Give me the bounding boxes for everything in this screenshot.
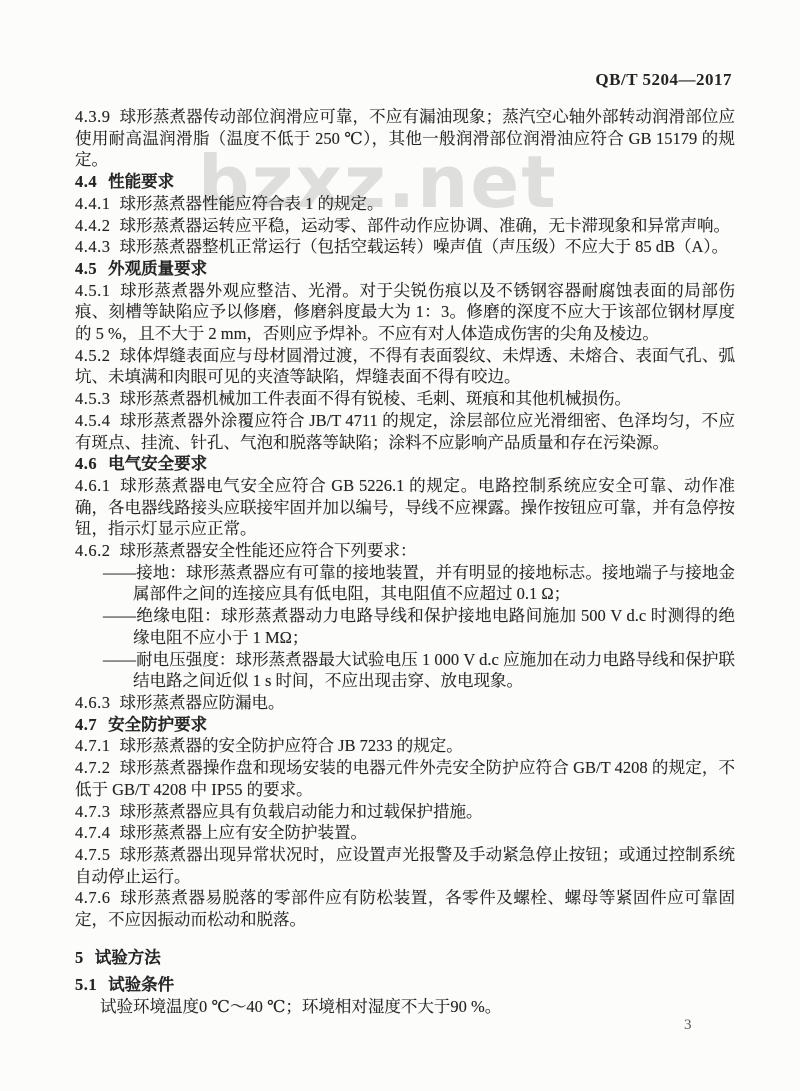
clause-number: 4.6.3 <box>75 693 111 712</box>
chapter-heading: 5试验方法 <box>75 947 735 969</box>
clause-paragraph: 4.7.6球形蒸煮器易脱落的零部件应有防松装置，各零件及螺栓、螺母等紧固件应可靠… <box>75 887 735 930</box>
clause-text: 球体焊缝表面应与母材圆滑过渡，不得有表面裂纹、未焊透、未熔合、表面气孔、弧坑、未… <box>75 346 735 387</box>
clause-paragraph: 4.7.4球形蒸煮器上应有安全防护装置。 <box>75 822 735 844</box>
clause-paragraph: 4.6.1球形蒸煮器电气安全应符合 GB 5226.1 的规定。电路控制系统应安… <box>75 475 735 540</box>
clause-number: 5.1 <box>75 975 97 994</box>
clause-number: 4.5.1 <box>75 281 111 300</box>
clause-paragraph: 4.4.2球形蒸煮器运转应平稳，运动零、部件动作应协调、准确，无卡滞现象和异常声… <box>75 215 735 237</box>
clause-number: 4.5.2 <box>75 346 111 365</box>
standard-number-header: QB/T 5204—2017 <box>595 70 732 90</box>
clause-paragraph: 4.3.9球形蒸煮器传动部位润滑应可靠，不应有漏油现象；蒸汽空心轴外部转动润滑部… <box>75 106 735 171</box>
clause-paragraph: 4.5.4球形蒸煮器外涂覆应符合 JB/T 4711 的规定，涂层部位应光滑细密… <box>75 410 735 453</box>
clause-paragraph: 4.4.1球形蒸煮器性能应符合表 1 的规定。 <box>75 193 735 215</box>
clause-paragraph: 4.4.3球形蒸煮器整机正常运行（包括空载运转）噪声值（声压级）不应大于 85 … <box>75 236 735 258</box>
clause-text: 电气安全要求 <box>108 454 207 473</box>
clause-paragraph: 4.6.2球形蒸煮器安全性能还应符合下列要求： <box>75 540 735 562</box>
clause-text: 试验条件 <box>108 975 174 994</box>
clause-text: 外观质量要求 <box>108 259 207 278</box>
clause-number: 4.4.3 <box>75 237 111 256</box>
clause-text: 球形蒸煮器安全性能还应符合下列要求： <box>120 541 417 560</box>
clause-number: 4.4 <box>75 172 97 191</box>
clause-number: 4.3.9 <box>75 107 111 126</box>
clause-text: 球形蒸煮器出现异常状况时，应设置声光报警及手动紧急停止按钮；或通过控制系统自动停… <box>75 845 735 886</box>
list-item: ——接地：球形蒸煮器应有可靠的接地装置，并有明显的接地标志。接地端子与接地金属部… <box>103 562 735 605</box>
clause-number: 4.7.4 <box>75 823 111 842</box>
clause-paragraph: 4.5.3球形蒸煮器机械加工件表面不得有锐棱、毛刺、斑痕和其他机械损伤。 <box>75 388 735 410</box>
clause-paragraph: 4.7.1球形蒸煮器的安全防护应符合 JB 7233 的规定。 <box>75 735 735 757</box>
clause-paragraph: 4.5.1球形蒸煮器外观应整洁、光滑。对于尖锐伤痕以及不锈钢容器耐腐蚀表面的局部… <box>75 280 735 345</box>
clause-number: 4.7.1 <box>75 736 111 755</box>
clause-number: 4.7 <box>75 715 97 734</box>
clause-paragraph: 4.6.3球形蒸煮器应防漏电。 <box>75 692 735 714</box>
clause-number: 4.7.3 <box>75 802 111 821</box>
list-item: ——耐电压强度：球形蒸煮器最大试验电压 1 000 V d.c 应施加在动力电路… <box>103 649 735 692</box>
clause-number: 4.6.1 <box>75 476 111 495</box>
clause-paragraph: 4.7.3球形蒸煮器应具有负载启动能力和过载保护措施。 <box>75 801 735 823</box>
clause-text: 性能要求 <box>108 172 174 191</box>
clause-text: 球形蒸煮器应具有负载启动能力和过载保护措施。 <box>120 802 483 821</box>
section-heading: 5.1试验条件 <box>75 974 735 996</box>
clause-text: ——接地：球形蒸煮器应有可靠的接地装置，并有明显的接地标志。接地端子与接地金属部… <box>103 563 735 604</box>
clause-paragraph: 4.7.5球形蒸煮器出现异常状况时，应设置声光报警及手动紧急停止按钮；或通过控制… <box>75 844 735 887</box>
clause-text: ——耐电压强度：球形蒸煮器最大试验电压 1 000 V d.c 应施加在动力电路… <box>103 650 735 691</box>
clause-text: 球形蒸煮器应防漏电。 <box>120 693 285 712</box>
clause-text: 球形蒸煮器机械加工件表面不得有锐棱、毛刺、斑痕和其他机械损伤。 <box>120 389 632 408</box>
clause-number: 4.5.3 <box>75 389 111 408</box>
clause-number: 4.5 <box>75 259 97 278</box>
clause-text: 球形蒸煮器性能应符合表 1 的规定。 <box>120 194 384 213</box>
clause-number: 4.7.6 <box>75 888 111 907</box>
section-heading: 4.6电气安全要求 <box>75 453 735 475</box>
clause-text: 球形蒸煮器运转应平稳，运动零、部件动作应协调、准确，无卡滞现象和异常声响。 <box>120 216 731 235</box>
clause-text: 球形蒸煮器的安全防护应符合 JB 7233 的规定。 <box>120 736 463 755</box>
clause-text: 球形蒸煮器传动部位润滑应可靠，不应有漏油现象；蒸汽空心轴外部转动润滑部位应使用耐… <box>75 107 735 169</box>
clause-paragraph: 4.7.2球形蒸煮器操作盘和现场安装的电器元件外壳安全防护应符合 GB/T 42… <box>75 757 735 800</box>
section-heading: 4.4性能要求 <box>75 171 735 193</box>
clause-paragraph: 4.5.2球体焊缝表面应与母材圆滑过渡，不得有表面裂纹、未焊透、未熔合、表面气孔… <box>75 345 735 388</box>
clause-number: 4.4.1 <box>75 194 111 213</box>
clause-text: 球形蒸煮器整机正常运行（包括空载运转）噪声值（声压级）不应大于 85 dB（A）… <box>120 237 729 256</box>
clause-number: 4.7.2 <box>75 758 111 777</box>
clause-text: 球形蒸煮器上应有安全防护装置。 <box>120 823 368 842</box>
clause-text: 球形蒸煮器易脱落的零部件应有防松装置，各零件及螺栓、螺母等紧固件应可靠固定，不应… <box>75 888 735 929</box>
clause-number: 4.5.4 <box>75 411 111 430</box>
clause-number: 4.7.5 <box>75 845 111 864</box>
section-heading: 4.5外观质量要求 <box>75 258 735 280</box>
body-paragraph: 试验环境温度0 ℃～40 ℃；环境相对湿度不大于90 %。 <box>75 996 735 1018</box>
clause-number: 4.6 <box>75 454 97 473</box>
clause-text: 球形蒸煮器外观应整洁、光滑。对于尖锐伤痕以及不锈钢容器耐腐蚀表面的局部伤痕、刻槽… <box>75 281 735 343</box>
clause-text: 试验环境温度0 ℃～40 ℃；环境相对湿度不大于90 %。 <box>100 997 501 1016</box>
document-body: 4.3.9球形蒸煮器传动部位润滑应可靠，不应有漏油现象；蒸汽空心轴外部转动润滑部… <box>75 106 735 1018</box>
clause-number: 5 <box>75 948 84 967</box>
clause-text: 球形蒸煮器外涂覆应符合 JB/T 4711 的规定，涂层部位应光滑细密、色泽均匀… <box>75 411 735 452</box>
page-number: 3 <box>684 1017 692 1034</box>
clause-text: 安全防护要求 <box>108 715 207 734</box>
list-item: ——绝缘电阻：球形蒸煮器动力电路导线和保护接地电路间施加 500 V d.c 时… <box>103 605 735 648</box>
clause-number: 4.4.2 <box>75 216 111 235</box>
clause-text: ——绝缘电阻：球形蒸煮器动力电路导线和保护接地电路间施加 500 V d.c 时… <box>103 606 735 647</box>
clause-number: 4.6.2 <box>75 541 111 560</box>
clause-text: 球形蒸煮器操作盘和现场安装的电器元件外壳安全防护应符合 GB/T 4208 的规… <box>75 758 735 799</box>
clause-text: 球形蒸煮器电气安全应符合 GB 5226.1 的规定。电路控制系统应安全可靠、动… <box>75 476 735 538</box>
clause-text: 试验方法 <box>95 948 161 967</box>
section-heading: 4.7安全防护要求 <box>75 714 735 736</box>
document-page: QB/T 5204—2017 bzxz.net 4.3.9球形蒸煮器传动部位润滑… <box>0 0 800 1091</box>
